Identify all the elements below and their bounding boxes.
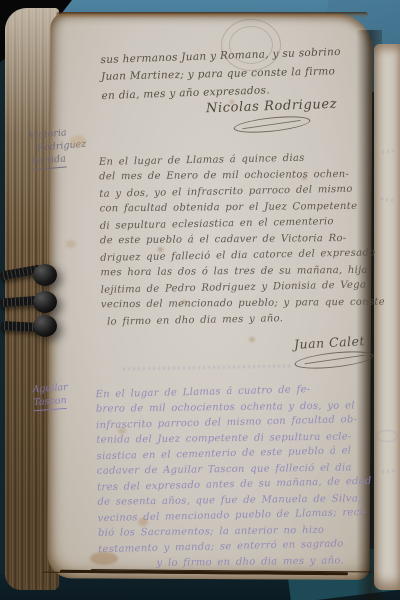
page-stain [90, 552, 118, 565]
page-stain [66, 240, 76, 248]
previous-entry-closing: sus hermanos Juan y Romana, y su sobrino… [100, 44, 342, 105]
margin-note-line: Tascon [33, 394, 67, 411]
rubric-flourish-stroke [243, 120, 302, 129]
singed-top-edge [56, 12, 368, 18]
entry-aguilar-text: En el lugar de Llamas á cuatro de fe- br… [95, 382, 373, 573]
binding-knob-head [33, 315, 57, 337]
manuscript-photo: sus hermanos Juan y Romana, y su sobrino… [0, 0, 400, 600]
binding-knob-head [33, 264, 57, 286]
margin-note-victoria: Victoria Rodriguez Partida [28, 125, 88, 171]
page-stain [158, 247, 163, 252]
ink-show-through-flourish [376, 430, 398, 442]
page-stain [182, 300, 186, 304]
page-stain [118, 428, 126, 434]
entry-victoria-text: En el lugar de Llamas á quince dias del … [99, 150, 385, 330]
page-stain [230, 100, 234, 104]
margin-note-line: Partida [31, 152, 67, 170]
manuscript-line: y lo firmo en dho dia mes y año. [156, 553, 373, 571]
margin-note-aguilar: Aguilar Tascon [32, 381, 69, 411]
page-stain [70, 135, 86, 147]
page-stain [249, 337, 255, 342]
rubric-flourish-stroke [304, 355, 365, 365]
binding-knob-head [33, 291, 57, 313]
page-stain [138, 518, 148, 526]
page-stain [302, 176, 307, 180]
